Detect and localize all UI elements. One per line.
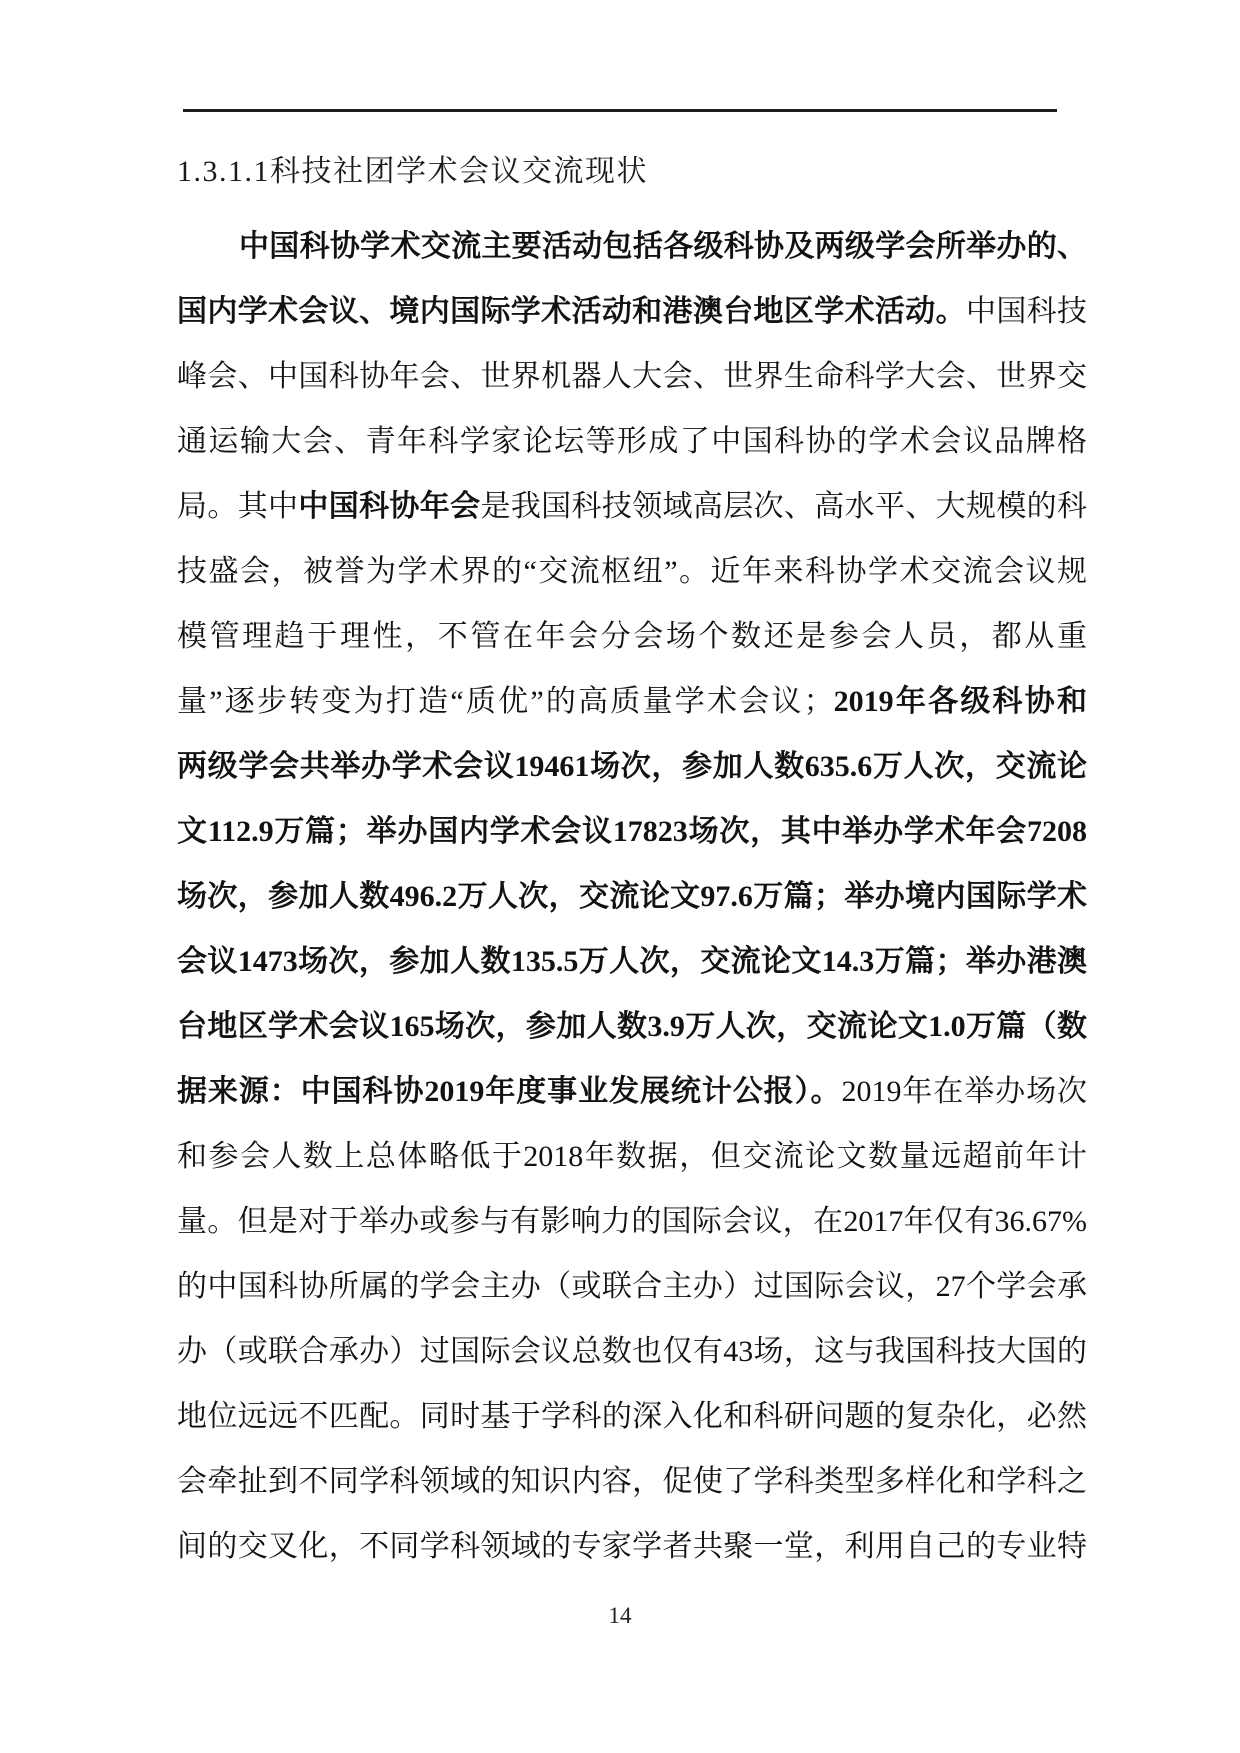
bold-text-run: 据来源：中国科协2019年度事业发展统计公报）。: [177, 1075, 841, 1108]
text-line: 通运输大会、青年科学家论坛等形成了中国科协的学术会议品牌格: [177, 409, 1087, 474]
text-line: 文112.9万篇；举办国内学术会议17823场次，其中举办学术年会7208: [177, 799, 1087, 864]
text-run: 通运输大会、青年科学家论坛等形成了中国科协的学术会议品牌格: [177, 425, 1087, 458]
text-line: 模管理趋于理性，不管在年会分会场个数还是参会人员，都从重视“减: [177, 604, 1087, 669]
text-run: 模管理趋于理性，不管在年会分会场个数还是参会人员，都从重视“减: [177, 620, 1087, 669]
bold-text-run: 2019年各级科协和: [834, 685, 1087, 718]
text-run: 峰会、中国科协年会、世界机器人大会、世界生命科学大会、世界交: [177, 360, 1087, 393]
text-line: 的中国科协所属的学会主办（或联合主办）过国际会议，27个学会承: [177, 1254, 1087, 1319]
text-run: 中国科技: [966, 295, 1087, 328]
bold-text-run: 文112.9万篇；举办国内学术会议17823场次，其中举办学术年会7208: [177, 815, 1087, 848]
text-line: 中国科协学术交流主要活动包括各级科协及两级学会所举办的、: [177, 214, 1087, 279]
text-run: 量”逐步转变为打造“质优”的高质量学术会议；: [177, 685, 834, 718]
page-number: 14: [0, 1601, 1240, 1631]
bold-text-run: 场次，参加人数496.2万人次，交流论文97.6万篇；举办境内国际学术: [177, 880, 1087, 913]
text-line: 台地区学术会议165场次，参加人数3.9万人次，交流论文1.0万篇（数: [177, 994, 1087, 1059]
text-line: 量。但是对于举办或参与有影响力的国际会议，在2017年仅有36.67%: [177, 1189, 1087, 1254]
text-line: 场次，参加人数496.2万人次，交流论文97.6万篇；举办境内国际学术: [177, 864, 1087, 929]
text-line: 会牵扯到不同学科领域的知识内容，促使了学科类型多样化和学科之: [177, 1449, 1087, 1514]
document-page: 1.3.1.1科技社团学术会议交流现状 中国科协学术交流主要活动包括各级科协及两…: [0, 0, 1240, 1753]
text-line: 和参会人数上总体略低于2018年数据，但交流论文数量远超前年计: [177, 1124, 1087, 1189]
bold-text-run: 中国科协年会: [298, 490, 480, 523]
text-line: 量”逐步转变为打造“质优”的高质量学术会议；2019年各级科协和: [177, 669, 1087, 734]
text-line: 地位远远不匹配。同时基于学科的深入化和科研问题的复杂化，必然: [177, 1384, 1087, 1449]
bold-text-run: 中国科协学术交流主要活动包括各级科协及两级学会所举办的、: [239, 230, 1087, 263]
text-run: 地位远远不匹配。同时基于学科的深入化和科研问题的复杂化，必然: [177, 1400, 1087, 1433]
bold-text-run: 两级学会共举办学术会议19461场次，参加人数635.6万人次，交流论: [177, 750, 1087, 783]
bold-text-run: 国内学术会议、境内国际学术活动和港澳台地区学术活动。: [177, 295, 966, 328]
text-line: 国内学术会议、境内国际学术活动和港澳台地区学术活动。中国科技: [177, 279, 1087, 344]
text-line: 局。其中中国科协年会是我国科技领域高层次、高水平、大规模的科: [177, 474, 1087, 539]
text-run: 办（或联合承办）过国际会议总数也仅有43场，这与我国科技大国的: [177, 1335, 1087, 1368]
text-line: 会议1473场次，参加人数135.5万人次，交流论文14.3万篇；举办港澳: [177, 929, 1087, 994]
header-rule: [183, 109, 1057, 112]
text-run: 的中国科协所属的学会主办（或联合主办）过国际会议，27个学会承: [177, 1270, 1087, 1303]
bold-text-run: 会议1473场次，参加人数135.5万人次，交流论文14.3万篇；举办港澳: [177, 945, 1087, 978]
text-run: 量。但是对于举办或参与有影响力的国际会议，在2017年仅有36.67%: [177, 1205, 1087, 1238]
text-line: 两级学会共举办学术会议19461场次，参加人数635.6万人次，交流论: [177, 734, 1087, 799]
text-line: 间的交叉化，不同学科领域的专家学者共聚一堂，利用自己的专业特: [177, 1514, 1087, 1579]
text-run: 技盛会，被誉为学术界的“交流枢纽”。近年来科协学术交流会议规: [177, 555, 1087, 588]
bold-text-run: 台地区学术会议165场次，参加人数3.9万人次，交流论文1.0万篇（数: [177, 1010, 1087, 1043]
text-run: 局。其中: [177, 490, 298, 523]
text-line: 据来源：中国科协2019年度事业发展统计公报）。2019年在举办场次: [177, 1059, 1087, 1124]
text-line: 峰会、中国科协年会、世界机器人大会、世界生命科学大会、世界交: [177, 344, 1087, 409]
text-run: 和参会人数上总体略低于2018年数据，但交流论文数量远超前年计: [177, 1140, 1087, 1173]
section-heading: 1.3.1.1科技社团学术会议交流现状: [177, 150, 1087, 194]
text-line: 技盛会，被誉为学术界的“交流枢纽”。近年来科协学术交流会议规: [177, 539, 1087, 604]
text-run: 是我国科技领域高层次、高水平、大规模的科: [480, 490, 1087, 523]
text-run: 间的交叉化，不同学科领域的专家学者共聚一堂，利用自己的专业特: [177, 1530, 1087, 1563]
text-run: 2019年在举办场次: [841, 1075, 1087, 1108]
text-line: 办（或联合承办）过国际会议总数也仅有43场，这与我国科技大国的: [177, 1319, 1087, 1384]
body-paragraph: 中国科协学术交流主要活动包括各级科协及两级学会所举办的、国内学术会议、境内国际学…: [177, 214, 1087, 1579]
text-run: 会牵扯到不同学科领域的知识内容，促使了学科类型多样化和学科之: [177, 1465, 1087, 1498]
